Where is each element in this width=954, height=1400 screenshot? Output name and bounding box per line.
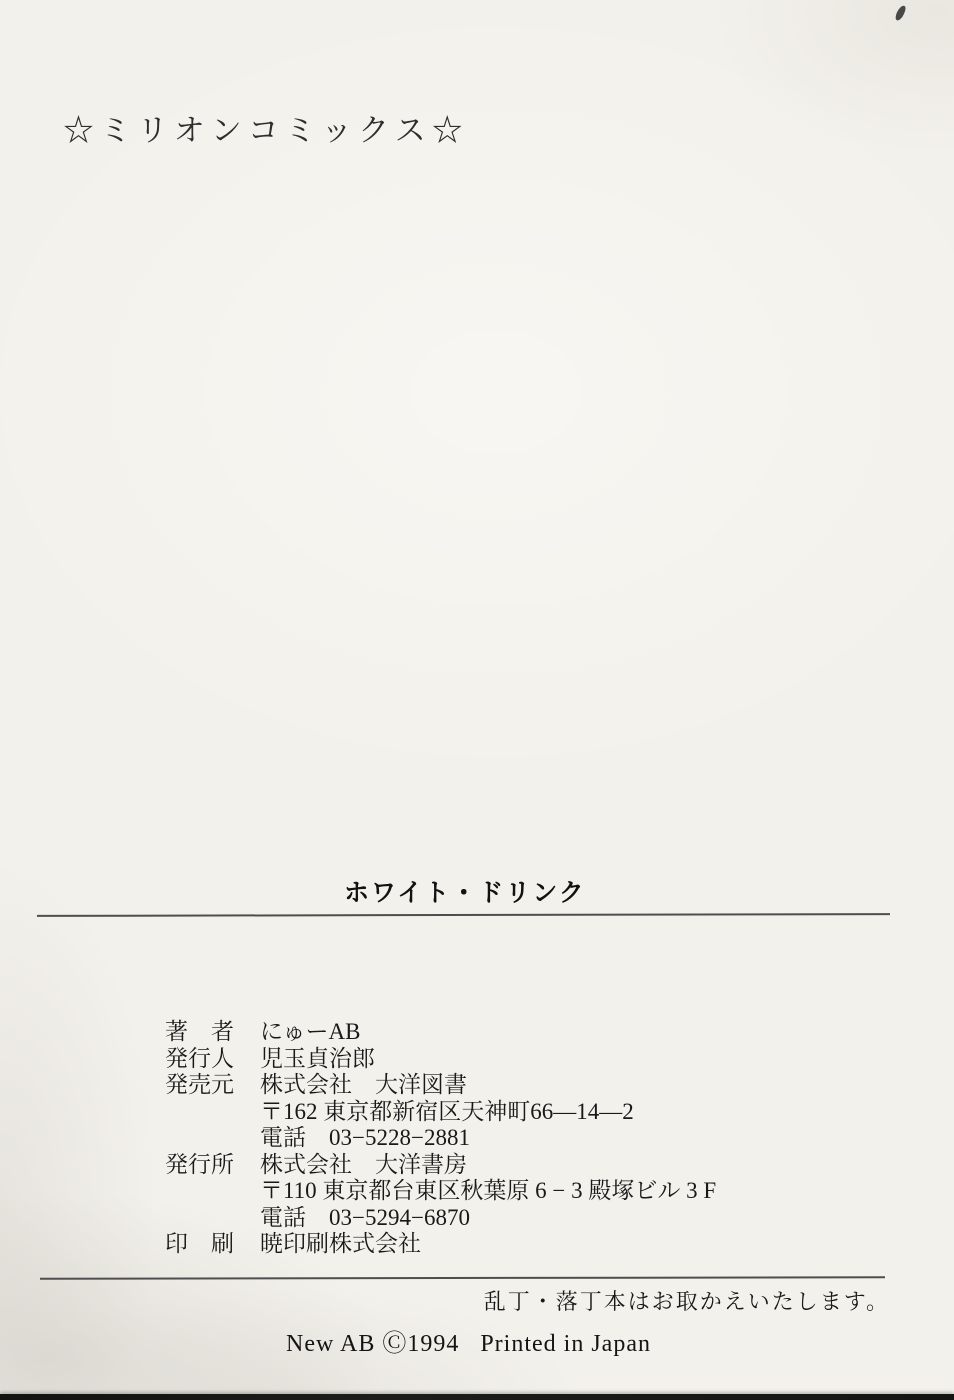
colophon-row-publisher: 発行所 株式会社 大洋書房 [165, 1152, 716, 1179]
colophon-row-distributor-phone: 電話 03−5228−2881 [165, 1125, 716, 1152]
colophon-label: 発売元 [165, 1072, 260, 1099]
colophon-value: 〒162 東京都新宿区天神町66―14―2 [260, 1099, 634, 1126]
colophon-page: ☆ミリオンコミックス☆ ホワイト・ドリンク 著 者 にゅーAB 発行人 児玉貞治… [0, 0, 954, 1400]
colophon-label [165, 1205, 260, 1232]
series-mark: ☆ミリオンコミックス☆ [63, 105, 469, 150]
colophon-label [165, 1178, 260, 1205]
colophon-row-author: 著 者 にゅーAB [165, 1019, 716, 1046]
colophon-row-distributor: 発売元 株式会社 大洋図書 [165, 1072, 716, 1099]
colophon-block: 著 者 にゅーAB 発行人 児玉貞治郎 発売元 株式会社 大洋図書 〒162 東… [165, 1019, 716, 1258]
title-divider-line [37, 913, 890, 917]
colophon-row-printer: 印 刷 暁印刷株式会社 [165, 1231, 716, 1258]
colophon-label: 印 刷 [165, 1231, 260, 1258]
defect-replacement-notice: 乱丁・落丁本はお取かえいたします。 [484, 1285, 890, 1316]
colophon-value: 電話 03−5228−2881 [260, 1125, 470, 1152]
footer-divider-line [40, 1276, 885, 1279]
colophon-row-distributor-address: 〒162 東京都新宿区天神町66―14―2 [165, 1099, 716, 1126]
colophon-value: 株式会社 大洋書房 [260, 1152, 467, 1179]
colophon-value: 株式会社 大洋図書 [260, 1072, 467, 1099]
colophon-value: 電話 03−5294−6870 [260, 1205, 470, 1232]
colophon-value: にゅーAB [260, 1019, 361, 1046]
scan-edge-strip [0, 1394, 954, 1400]
colophon-label [165, 1125, 260, 1152]
colophon-value: 暁印刷株式会社 [260, 1231, 421, 1258]
ink-speck [894, 4, 907, 21]
colophon-label: 発行所 [165, 1152, 260, 1179]
colophon-label [165, 1099, 260, 1126]
colophon-label: 発行人 [165, 1046, 260, 1073]
colophon-row-publisher-address: 〒110 東京都台東区秋葉原 6 − 3 殿塚ビル 3 F [165, 1178, 716, 1205]
colophon-value: 児玉貞治郎 [260, 1046, 375, 1073]
copyright-line: New AB Ⓒ1994 Printed in Japan [286, 1323, 651, 1358]
book-title: ホワイト・ドリンク [344, 873, 586, 909]
colophon-value: 〒110 東京都台東区秋葉原 6 − 3 殿塚ビル 3 F [260, 1178, 716, 1205]
colophon-row-publisher-phone: 電話 03−5294−6870 [165, 1205, 716, 1232]
colophon-label: 著 者 [165, 1019, 260, 1046]
colophon-row-issuer: 発行人 児玉貞治郎 [165, 1046, 716, 1073]
